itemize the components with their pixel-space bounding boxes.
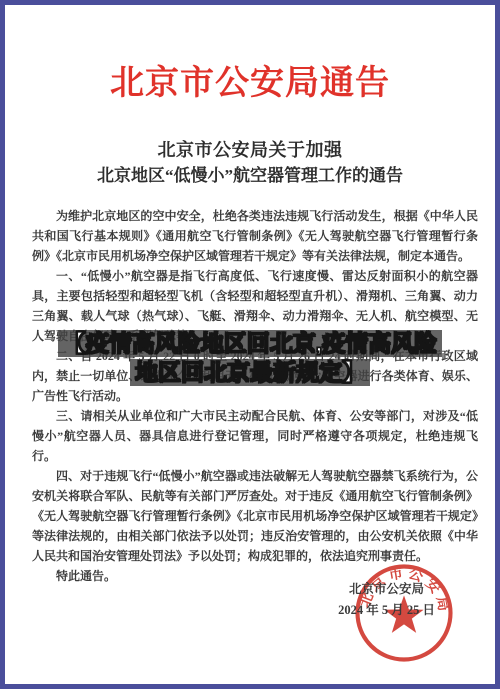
notice-body: 为维护北京地区的空中安全，杜绝各类违法违规飞行活动发生，根据《中华人民共和国飞行… [32,206,478,586]
notice-subtitle-line1: 北京市公安局关于加强 [5,138,495,163]
watermark-line2: 地区回北京最新规定】 [5,359,495,388]
notice-document: 北京市公安局通告 北京市公安局关于加强 北京地区“低慢小”航空器管理工作的通告 … [5,5,495,684]
paragraph-intro: 为维护北京地区的空中安全，杜绝各类违法违规飞行活动发生，根据《中华人民共和国飞行… [32,206,478,266]
signature-block: 北京市公安局 2024 年 5 月 25 日 [338,579,435,621]
notice-subtitle-line2: 北京地区“低慢小”航空器管理工作的通告 [5,163,495,188]
watermark-line1: 【疫情高风险地区回北京,疫情高风险 [5,330,495,359]
signature-agency: 北京市公安局 [338,579,435,600]
notice-title: 北京市公安局通告 [5,55,495,104]
paragraph-item-3: 三、请相关从业单位和广大市民主动配合民航、体育、公安等部门，对涉及“低慢小”航空… [32,406,478,466]
signature-date: 2024 年 5 月 25 日 [338,600,435,621]
watermark-overlay: 【疫情高风险地区回北京,疫情高风险 地区回北京最新规定】 [5,330,495,388]
notice-subtitle: 北京市公安局关于加强 北京地区“低慢小”航空器管理工作的通告 [5,138,495,188]
notice-page-frame: 北京市公安局通告 北京市公安局关于加强 北京地区“低慢小”航空器管理工作的通告 … [0,0,500,689]
